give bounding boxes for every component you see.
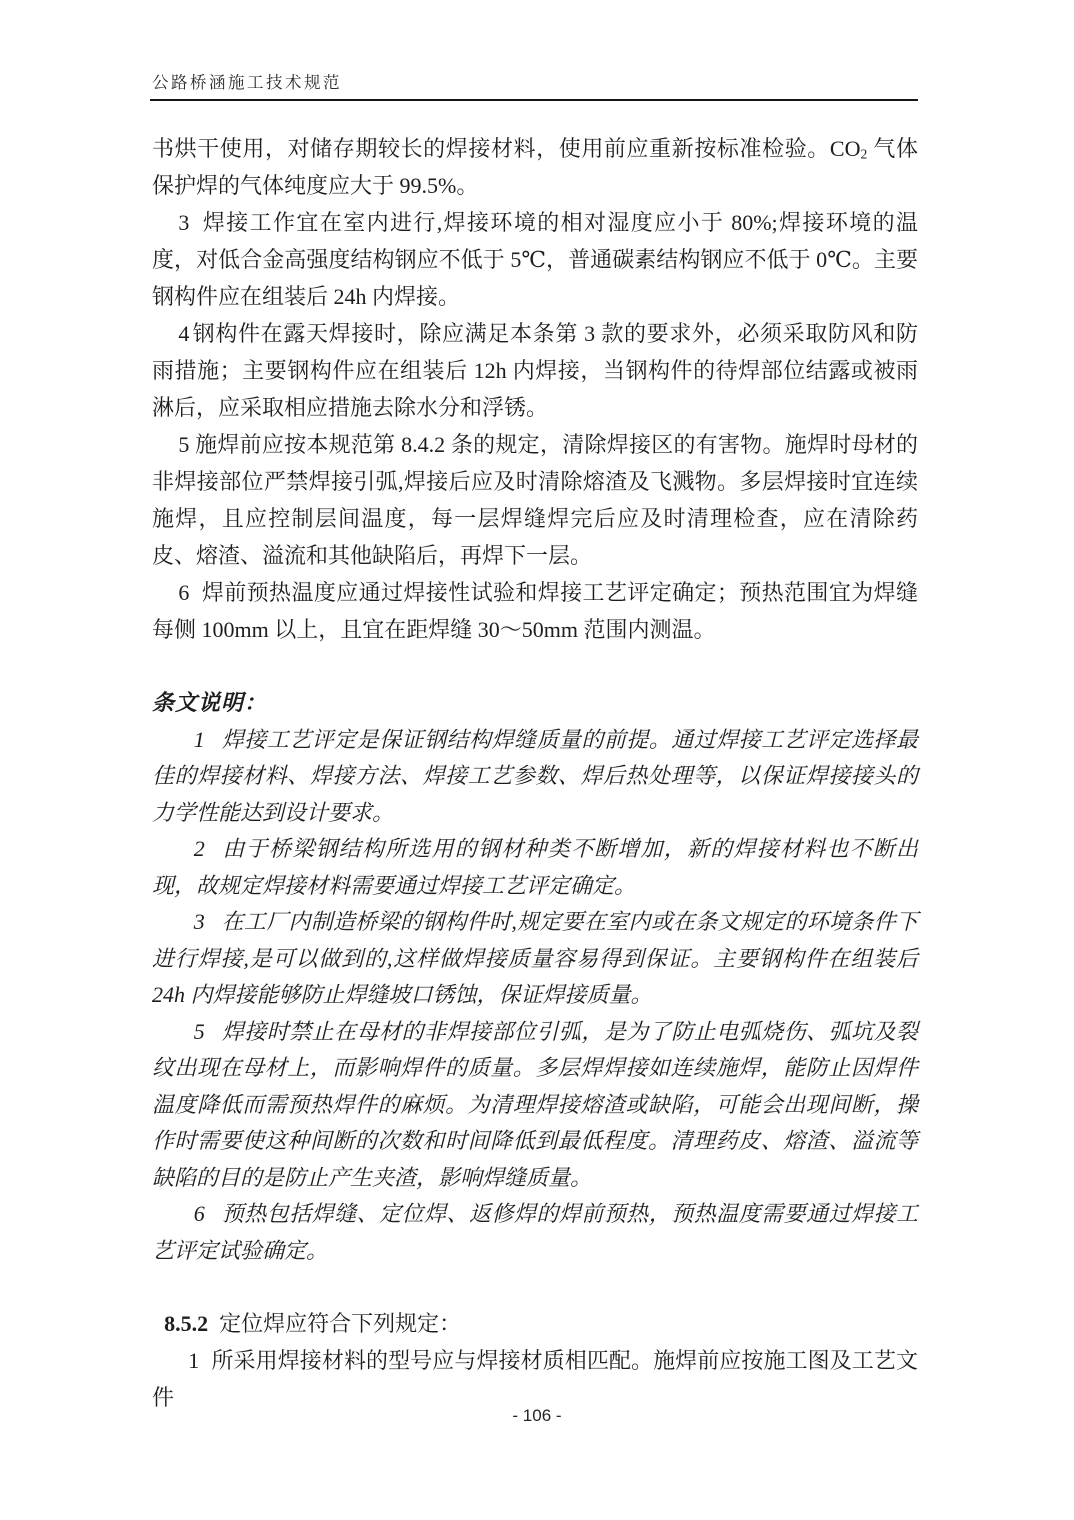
item-text: 由于桥梁钢结构所选用的钢材种类不断增加，新的焊接材料也不断出现，故规定焊接材料需… [152,836,918,898]
header-rule [150,99,918,101]
commentary-item-1: 1焊接工艺评定是保证钢结构焊缝质量的前提。通过焊接工艺评定选择最佳的焊接材料、焊… [152,722,918,832]
item-number: 3 [178,210,189,235]
commentary-heading: 条文说明： [152,685,918,722]
commentary-item-2: 2由于桥梁钢结构所选用的钢材种类不断增加，新的焊接材料也不断出现，故规定焊接材料… [152,831,918,904]
item-text: 焊接工作宜在室内进行,焊接环境的相对湿度应小于 80%;焊接环境的温度，对低合金… [152,210,918,309]
commentary-item-3: 3在工厂内制造桥梁的钢构件时,规定要在室内或在条文规定的环境条件下进行焊接,是可… [152,904,918,1014]
item-number: 4 [178,321,189,346]
item-number: 5 [178,432,189,457]
item-number: 6 [178,580,189,605]
item-text: 焊接工艺评定是保证钢结构焊缝质量的前提。通过焊接工艺评定选择最佳的焊接材料、焊接… [152,727,918,825]
running-header-title: 公路桥涵施工技术规范 [152,69,342,93]
clause-852-item-1: 1所采用焊接材料的型号应与焊接材质相匹配。施焊前应按施工图及工艺文件 [152,1342,918,1416]
clause-852-section: 8.5.2定位焊应符合下列规定： 1所采用焊接材料的型号应与焊接材质相匹配。施焊… [152,1305,918,1416]
clause-item-3: 3焊接工作宜在室内进行,焊接环境的相对湿度应小于 80%;焊接环境的温度，对低合… [152,204,918,315]
item-text: 在工厂内制造桥梁的钢构件时,规定要在室内或在条文规定的环境条件下进行焊接,是可以… [152,909,918,1007]
item-text: 钢构件在露天焊接时，除应满足本条第 3 款的要求外，必须采取防风和防雨措施；主要… [152,321,918,420]
clause-item-6: 6焊前预热温度应通过焊接性试验和焊接工艺评定确定；预热范围宜为焊缝每侧 100m… [152,574,918,648]
page-number: - 106 - [0,1406,1074,1426]
intro-text-pre: 书烘干使用，对储存期较长的焊接材料，使用前应重新按标准检验。CO [152,136,860,161]
item-text: 预热包括焊缝、定位焊、返修焊的焊前预热，预热温度需要通过焊接工艺评定试验确定。 [152,1201,918,1263]
clause-item-5: 5施焊前应按本规范第 8.4.2 条的规定，清除焊接区的有害物。施焊时母材的非焊… [152,426,918,574]
commentary-section: 条文说明： 1焊接工艺评定是保证钢结构焊缝质量的前提。通过焊接工艺评定选择最佳的… [152,685,918,1269]
item-number: 1 [188,1348,199,1373]
page-content: 书烘干使用，对储存期较长的焊接材料，使用前应重新按标准检验。CO2 气体保护焊的… [152,130,918,1416]
item-number: 2 [194,836,205,861]
clause-title: 定位焊应符合下列规定： [219,1311,461,1336]
item-text: 所采用焊接材料的型号应与焊接材质相匹配。施焊前应按施工图及工艺文件 [152,1348,918,1410]
commentary-item-5: 5焊接时禁止在母材的非焊接部位引弧，是为了防止电弧烧伤、弧坑及裂纹出现在母材上，… [152,1014,918,1197]
item-number: 3 [194,909,205,934]
clause-number: 8.5.2 [164,1311,208,1336]
document-page: 公路桥涵施工技术规范 书烘干使用，对储存期较长的焊接材料，使用前应重新按标准检验… [0,0,1074,1520]
clause-item-4: 4钢构件在露天焊接时，除应满足本条第 3 款的要求外，必须采取防风和防雨措施；主… [152,315,918,426]
clause-852-heading: 8.5.2定位焊应符合下列规定： [152,1305,918,1342]
item-text: 施焊前应按本规范第 8.4.2 条的规定，清除焊接区的有害物。施焊时母材的非焊接… [152,432,918,568]
item-text: 焊前预热温度应通过焊接性试验和焊接工艺评定确定；预热范围宜为焊缝每侧 100mm… [152,580,918,642]
item-text: 焊接时禁止在母材的非焊接部位引弧，是为了防止电弧烧伤、弧坑及裂纹出现在母材上，而… [152,1019,918,1190]
item-number: 6 [194,1201,205,1226]
commentary-item-6: 6预热包括焊缝、定位焊、返修焊的焊前预热，预热温度需要通过焊接工艺评定试验确定。 [152,1196,918,1269]
paragraph-continuation: 书烘干使用，对储存期较长的焊接材料，使用前应重新按标准检验。CO2 气体保护焊的… [152,130,918,204]
item-number: 1 [194,727,205,752]
item-number: 5 [194,1019,205,1044]
